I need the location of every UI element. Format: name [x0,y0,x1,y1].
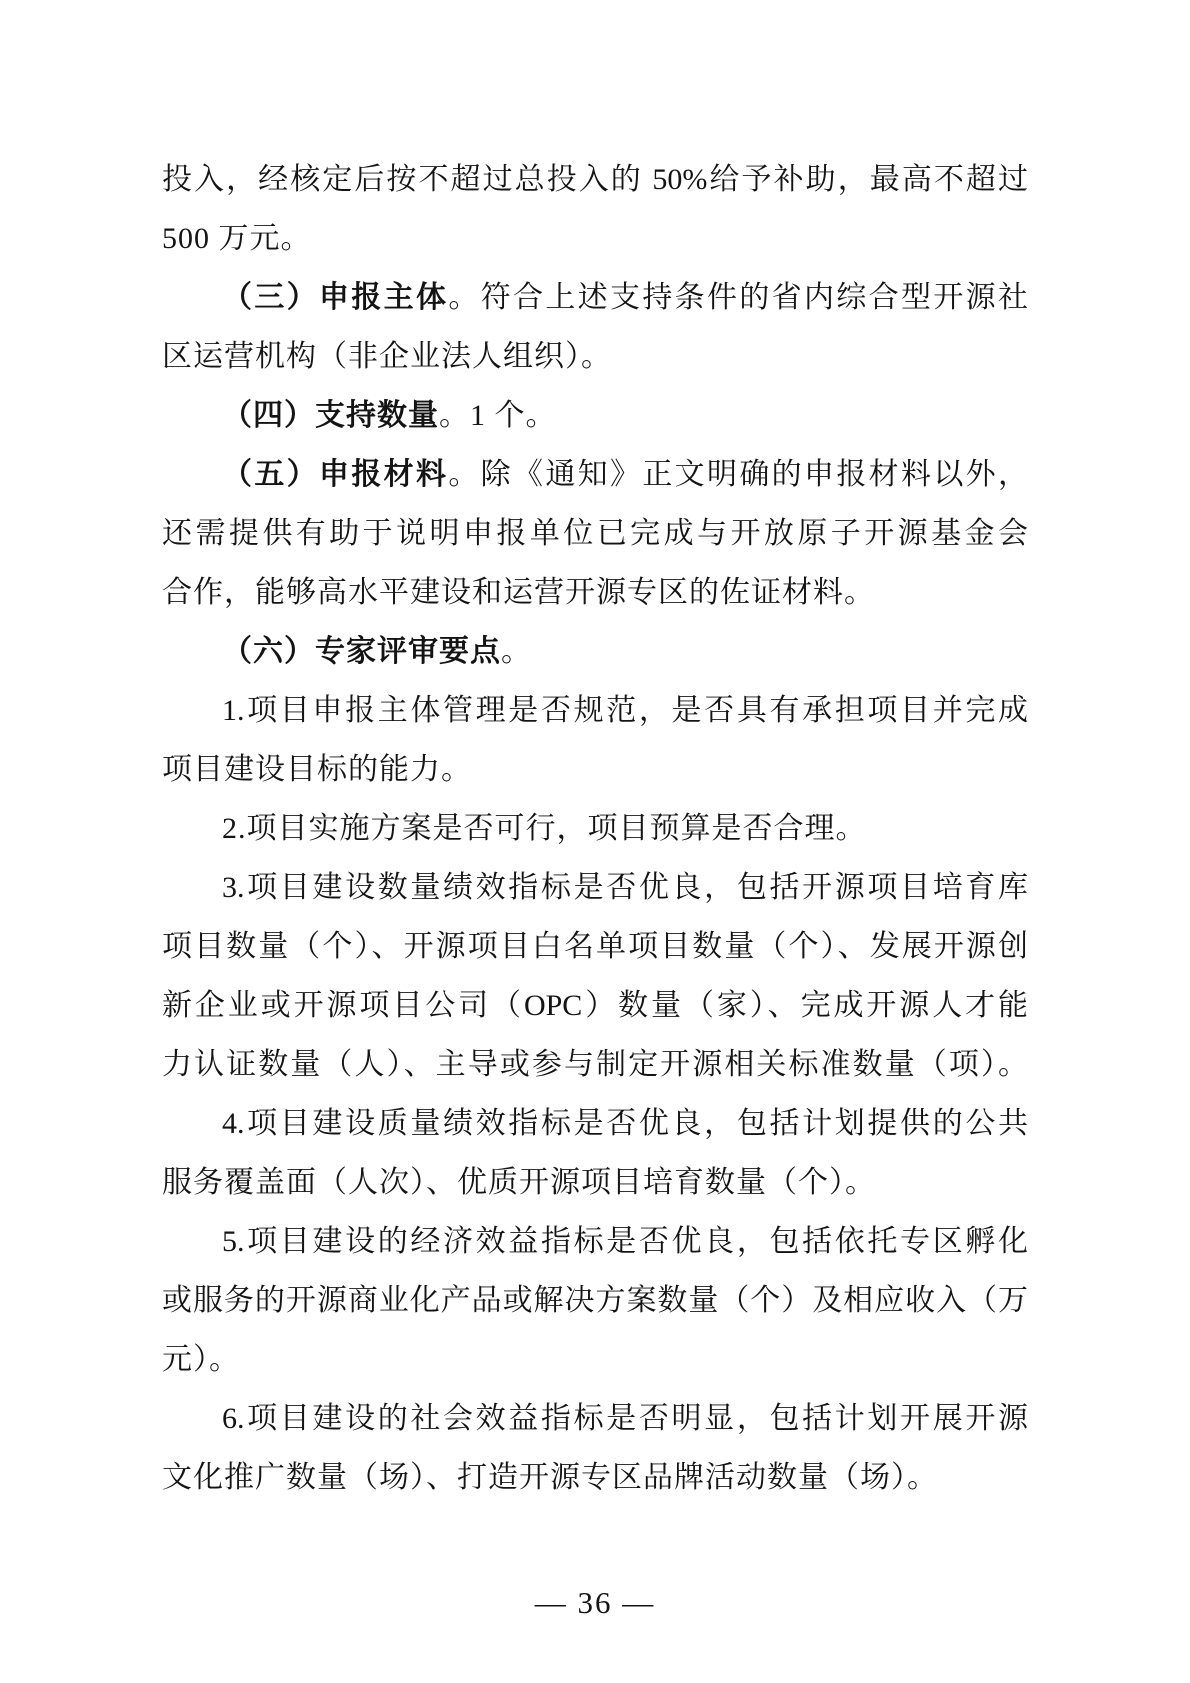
body-text: 或服务的开源商业化产品或解决方案数量（个）及相应收入（万 [162,1284,1028,1317]
section-heading-text: （四）支持数量 [222,399,439,432]
text-line: 项目数量（个）、开源项目白名单项目数量（个）、发展开源创 [162,917,1028,976]
text-line: （四）支持数量。1 个。 [162,386,1028,445]
body-text: 1.项目申报主体管理是否规范，是否具有承担项目并完成 [222,694,1028,727]
text-line: 新企业或开源项目公司（OPC）数量（家）、完成开源人才能 [162,976,1028,1035]
body-text: 3.项目建设数量绩效指标是否优良，包括开源项目培育库 [222,871,1028,904]
text-line: （六）专家评审要点。 [162,622,1028,681]
body-text: 还需提供有助于说明申报单位已完成与开放原子开源基金会 [162,517,1028,550]
page-number: — 36 — [0,1583,1190,1623]
text-line: 5.项目建设的经济效益指标是否优良，包括依托专区孵化 [162,1212,1028,1271]
text-line: 500 万元。 [162,209,1028,268]
body-text: 投入，经核定后按不超过总投入的 50%给予补助，最高不超过 [162,163,1028,196]
body-text: 区运营机构（非企业法人组织）。 [162,340,612,373]
body-text: 2.项目实施方案是否可行，项目预算是否合理。 [222,812,867,845]
document-body: 投入，经核定后按不超过总投入的 50%给予补助，最高不超过500 万元。（三）申… [162,150,1028,1507]
body-text: 6.项目建设的社会效益指标是否明显，包括计划开展开源 [222,1402,1028,1435]
body-text: 4.项目建设质量绩效指标是否优良，包括计划提供的公共 [222,1107,1028,1140]
text-line: 还需提供有助于说明申报单位已完成与开放原子开源基金会 [162,504,1028,563]
text-line: （三）申报主体。符合上述支持条件的省内综合型开源社 [162,268,1028,327]
body-text: 项目建设目标的能力。 [162,753,472,786]
text-line: 2.项目实施方案是否可行，项目预算是否合理。 [162,799,1028,858]
section-heading-text: （三）申报主体 [222,281,448,314]
body-text: 项目数量（个）、开源项目白名单项目数量（个）、发展开源创 [162,930,1028,963]
text-line: 3.项目建设数量绩效指标是否优良，包括开源项目培育库 [162,858,1028,917]
text-line: 文化推广数量（场）、打造开源专区品牌活动数量（场）。 [162,1448,1028,1507]
body-text: 合作，能够高水平建设和运营开源专区的佐证材料。 [162,576,875,609]
text-line: 合作，能够高水平建设和运营开源专区的佐证材料。 [162,563,1028,622]
body-text: 新企业或开源项目公司（OPC）数量（家）、完成开源人才能 [162,989,1028,1022]
text-line: （五）申报材料。除《通知》正文明确的申报材料以外， [162,445,1028,504]
body-text: 。除《通知》正文明确的申报材料以外， [448,458,1028,491]
body-text: 元）。 [162,1343,240,1376]
text-line: 元）。 [162,1330,1028,1389]
text-line: 或服务的开源商业化产品或解决方案数量（个）及相应收入（万 [162,1271,1028,1330]
body-text: 500 万元。 [162,222,312,255]
document-page: 投入，经核定后按不超过总投入的 50%给予补助，最高不超过500 万元。（三）申… [0,0,1190,1683]
text-line: 服务覆盖面（人次）、优质开源项目培育数量（个）。 [162,1153,1028,1212]
section-heading-text: （六）专家评审要点 [222,635,501,668]
body-text: 力认证数量（人）、主导或参与制定开源相关标准数量（项）。 [162,1048,1028,1081]
text-line: 6.项目建设的社会效益指标是否明显，包括计划开展开源 [162,1389,1028,1448]
text-line: 4.项目建设质量绩效指标是否优良，包括计划提供的公共 [162,1094,1028,1153]
body-text: 文化推广数量（场）、打造开源专区品牌活动数量（场）。 [162,1461,938,1494]
body-text: 5.项目建设的经济效益指标是否优良，包括依托专区孵化 [222,1225,1028,1258]
body-text: 。1 个。 [439,399,557,432]
text-line: 力认证数量（人）、主导或参与制定开源相关标准数量（项）。 [162,1035,1028,1094]
body-text: 服务覆盖面（人次）、优质开源项目培育数量（个）。 [162,1166,876,1199]
text-line: 区运营机构（非企业法人组织）。 [162,327,1028,386]
body-text: 。 [501,635,532,668]
text-line: 项目建设目标的能力。 [162,740,1028,799]
text-line: 1.项目申报主体管理是否规范，是否具有承担项目并完成 [162,681,1028,740]
body-text: 。符合上述支持条件的省内综合型开源社 [448,281,1028,314]
text-line: 投入，经核定后按不超过总投入的 50%给予补助，最高不超过 [162,150,1028,209]
section-heading-text: （五）申报材料 [222,458,448,491]
